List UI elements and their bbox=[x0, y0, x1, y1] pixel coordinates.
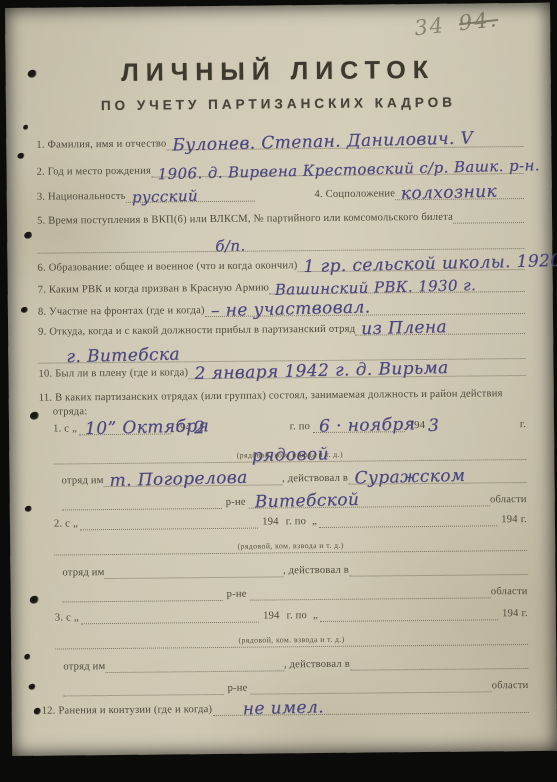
field-name: 1. Фамилия, имя и отчество Булонев. Степ… bbox=[36, 127, 523, 152]
field-arrived-value: из Плена bbox=[361, 317, 447, 339]
field-captivity-value: 2 января 1942 г. д. Вирьма bbox=[194, 358, 449, 384]
punch-hole bbox=[17, 153, 24, 159]
form-subtitle: ПО УЧЕТУ ПАРТИЗАНСКИХ КАДРОВ bbox=[6, 94, 551, 114]
year-end-printed: г. bbox=[522, 608, 528, 620]
entry-1-to-year: 3 bbox=[428, 416, 440, 436]
service-entry-3-dates: 3. с „ 194 г. по „ 194 г. bbox=[55, 600, 528, 625]
field-nationality-label: 3. Национальность bbox=[37, 191, 126, 204]
year-printed: 194 bbox=[259, 610, 283, 622]
field-captivity-label: 10. Был ли в плену (где и когда) bbox=[38, 367, 188, 380]
unit-printed: отряд им bbox=[62, 567, 104, 579]
quote-mark: „ bbox=[71, 612, 81, 624]
punch-hole bbox=[30, 412, 39, 420]
year-printed: 194 bbox=[258, 516, 282, 528]
region-printed: области bbox=[490, 494, 527, 506]
field-rvk-label: 7. Каким РВК и когда призван в Красную А… bbox=[38, 282, 269, 296]
punch-hole bbox=[30, 596, 39, 604]
service-entry-3-unit: отряд им , действовал в bbox=[63, 649, 528, 673]
acted-printed: , действовал в bbox=[282, 473, 348, 486]
region-printed: области bbox=[491, 586, 528, 598]
entry-1-acted-in: Суражском bbox=[354, 466, 465, 489]
field-name-label: 1. Фамилия, имя и отчество bbox=[36, 138, 166, 151]
entry-index: 1. с bbox=[53, 423, 69, 435]
field-education: 6. Образование: общее и военное (что и к… bbox=[37, 250, 524, 275]
field-nationality-social: 3. Национальность русский 4. Соцположени… bbox=[37, 179, 524, 204]
year-end-printed: г. bbox=[520, 419, 526, 431]
field-rvk: 7. Каким РВК и когда призван в Красную А… bbox=[38, 272, 525, 297]
to-printed: г. по bbox=[286, 421, 314, 433]
year-end-printed: г. bbox=[521, 514, 527, 526]
pencil-number-current: 34 bbox=[413, 13, 446, 40]
acted-printed: , действовал в bbox=[284, 659, 350, 672]
acted-printed: , действовал в bbox=[283, 565, 349, 578]
field-wounds-value: не имел. bbox=[242, 697, 324, 719]
year-printed: 194 bbox=[498, 608, 522, 620]
unit-printed: отряд им bbox=[63, 661, 105, 673]
quote-mark: „ bbox=[69, 423, 79, 435]
unit-printed: отряд им bbox=[61, 475, 103, 487]
to-printed: г. по bbox=[283, 610, 311, 622]
scanned-form-page: 3494. ЛИЧНЫЙ ЛИСТОК ПО УЧЕТУ ПАРТИЗАНСКИ… bbox=[5, 3, 557, 756]
quote-mark: „ bbox=[70, 518, 80, 530]
punch-hole bbox=[34, 708, 41, 715]
field-birth-label: 2. Год и место рождения bbox=[37, 166, 152, 179]
punch-hole bbox=[25, 506, 32, 512]
punch-hole bbox=[24, 232, 32, 239]
entry-1-from-year: 2 bbox=[194, 418, 206, 438]
region-printed: области bbox=[492, 680, 529, 692]
corner-pencil-note: 3494. bbox=[413, 7, 499, 40]
service-entry-1-unit: отряд им т. Погорелова , действовал в Су… bbox=[61, 463, 526, 487]
quote-mark: „ bbox=[310, 610, 320, 622]
field-social-value: колхозник bbox=[401, 182, 498, 204]
field-arrived: 9. Откуда, когда и с какой должности при… bbox=[38, 314, 525, 339]
field-captivity: 10. Был ли в плену (где и когда) 2 январ… bbox=[38, 356, 525, 381]
entry-1-to-date: 6 · ноября bbox=[319, 414, 416, 436]
field-social-label: 4. Соцположение bbox=[314, 188, 395, 201]
field-party-label: 5. Время поступления в ВКП(б) или ВЛКСМ,… bbox=[37, 212, 453, 228]
field-arrived-label: 9. Откуда, когда и с какой должности при… bbox=[38, 324, 355, 339]
entry-index: 2. с bbox=[54, 518, 70, 530]
field-education-label: 6. Образование: общее и военное (что и к… bbox=[37, 260, 297, 274]
form-title: ЛИЧНЫЙ ЛИСТОК bbox=[5, 55, 550, 89]
entry-1-unit: т. Погорелова bbox=[109, 468, 247, 491]
field-name-value: Булонев. Степан. Данилович. V bbox=[172, 128, 473, 155]
field-birth: 2. Год и место рождения 1906. д. Вирвена… bbox=[36, 154, 523, 179]
punch-hole bbox=[24, 654, 30, 660]
district-printed: р-не bbox=[223, 589, 250, 601]
year-printed: 194 bbox=[497, 514, 521, 526]
punch-hole bbox=[23, 125, 28, 130]
punch-hole bbox=[21, 307, 28, 313]
punch-hole bbox=[28, 684, 35, 690]
to-printed: г. по bbox=[282, 516, 310, 528]
field-wounds: 12. Ранения и контузии (где и когда) не … bbox=[42, 693, 529, 718]
quote-mark: „ bbox=[309, 516, 319, 528]
service-entry-1-dates: 1. с „ 10” Октября 194 2 г. по 6 · ноябр… bbox=[53, 411, 526, 436]
field-party: 5. Время поступления в ВКП(б) или ВЛКСМ,… bbox=[37, 203, 524, 228]
service-entry-2-dates: 2. с „ 194 г. по „ 194 г. bbox=[54, 506, 527, 531]
pencil-number-crossed: 94. bbox=[457, 7, 499, 35]
district-printed: р-не bbox=[223, 683, 250, 695]
entry-index: 3. с bbox=[55, 612, 71, 624]
district-printed: р-не bbox=[222, 497, 249, 509]
service-entry-2-unit: отряд им , действовал в bbox=[62, 555, 527, 579]
field-nationality-value: русский bbox=[132, 187, 199, 207]
service-entry-2-region: р-не области bbox=[63, 578, 528, 602]
entry-1-from-date: 10” Октября bbox=[85, 416, 210, 439]
field-wounds-label: 12. Ранения и контузии (где и когда) bbox=[42, 704, 213, 718]
